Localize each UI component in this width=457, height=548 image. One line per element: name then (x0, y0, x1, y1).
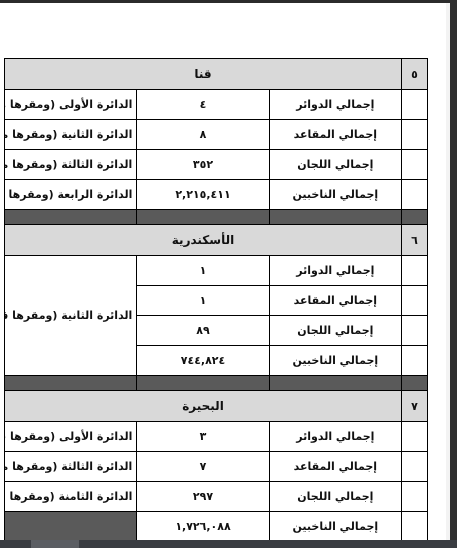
stat-label: إجمالي الدوائر (269, 90, 401, 120)
stat-value: ٢٩٧ (137, 482, 269, 512)
constituencies-table: ٥ قنا إجمالي الدوائر ٤ الدائرة الأولى (و… (4, 58, 428, 542)
district-name: الدائرة الثانية (ومقرها قسم أول الرمل) (5, 256, 137, 376)
section-index: ٧ (402, 391, 428, 422)
stat-value: ٨٩ (137, 316, 269, 346)
stat-value: ١ (137, 286, 269, 316)
stat-label: إجمالي اللجان (269, 482, 401, 512)
district-name: الدائرة الثالثة (ومقرها مركز أبو حمص) (5, 452, 137, 482)
stat-label: إجمالي الدوائر (269, 256, 401, 286)
table-row: إجمالي اللجان ٢٩٧ الدائرة الثامنة (ومقره… (5, 482, 428, 512)
stat-value: ٤ (137, 90, 269, 120)
window-top-edge (0, 0, 457, 3)
empty-shaded-cell (5, 512, 137, 542)
stat-label: إجمالي الناخبين (269, 346, 401, 376)
stat-value: ٢,٢١٥,٤١١ (137, 180, 269, 210)
table-row: إجمالي اللجان ٣٥٢ الدائرة الثالثة (ومقره… (5, 150, 428, 180)
stat-value: ١,٧٢٦,٠٨٨ (137, 512, 269, 542)
table-row: إجمالي المقاعد ٨ الدائرة الثانية (ومقرها… (5, 120, 428, 150)
stat-label: إجمالي المقاعد (269, 286, 401, 316)
district-name: الدائرة الرابعة (ومقرها مركز أبو تشت) (5, 180, 137, 210)
table-row: إجمالي الناخبين ٢,٢١٥,٤١١ الدائرة الرابع… (5, 180, 428, 210)
district-name: الدائرة الثامنة (ومقرها مركز إيتاي البار… (5, 482, 137, 512)
governorate-header-row: ٥ قنا (5, 59, 428, 90)
district-name: الدائرة الثانية (ومقرها مركز قوص) (5, 120, 137, 150)
stat-label: إجمالي المقاعد (269, 120, 401, 150)
stat-label: إجمالي الناخبين (269, 512, 401, 542)
section-index: ٥ (402, 59, 428, 90)
table-row: إجمالي الدوائر ٤ الدائرة الأولى (ومقرها … (5, 90, 428, 120)
section-separator-row (5, 210, 428, 225)
district-name: الدائرة الثالثة (ومقرها مركز نجع حمادي) (5, 150, 137, 180)
stat-value: ١ (137, 256, 269, 286)
stat-label: إجمالي الناخبين (269, 180, 401, 210)
governorate-header-row: ٧ البحيرة (5, 391, 428, 422)
governorate-name: الأسكندرية (5, 225, 402, 256)
stat-value: ٧ (137, 452, 269, 482)
stat-value: ٣٥٢ (137, 150, 269, 180)
table-row: إجمالي الناخبين ١,٧٢٦,٠٨٨ (5, 512, 428, 542)
section-separator-row (5, 376, 428, 391)
stat-label: إجمالي المقاعد (269, 452, 401, 482)
district-name: الدائرة الأولى (ومقرها قسم دمنهور) (5, 422, 137, 452)
scrollbar-thumb[interactable] (31, 540, 79, 548)
governorate-header-row: ٦ الأسكندرية (5, 225, 428, 256)
section-index: ٦ (402, 225, 428, 256)
district-name: الدائرة الأولى (ومقرها مركز قنا) (5, 90, 137, 120)
stat-label: إجمالي اللجان (269, 150, 401, 180)
stat-label: إجمالي الدوائر (269, 422, 401, 452)
vertical-scrollbar-track[interactable] (450, 0, 457, 548)
table-row: إجمالي الدوائر ١ الدائرة الثانية (ومقرها… (5, 256, 428, 286)
stat-value: ٨ (137, 120, 269, 150)
table-row: إجمالي الدوائر ٣ الدائرة الأولى (ومقرها … (5, 422, 428, 452)
stat-value: ٧٤٤,٨٢٤ (137, 346, 269, 376)
table-row: إجمالي المقاعد ٧ الدائرة الثالثة (ومقرها… (5, 452, 428, 482)
governorate-name: قنا (5, 59, 402, 90)
horizontal-scrollbar[interactable] (0, 540, 457, 548)
stat-value: ٣ (137, 422, 269, 452)
governorate-name: البحيرة (5, 391, 402, 422)
stat-label: إجمالي اللجان (269, 316, 401, 346)
